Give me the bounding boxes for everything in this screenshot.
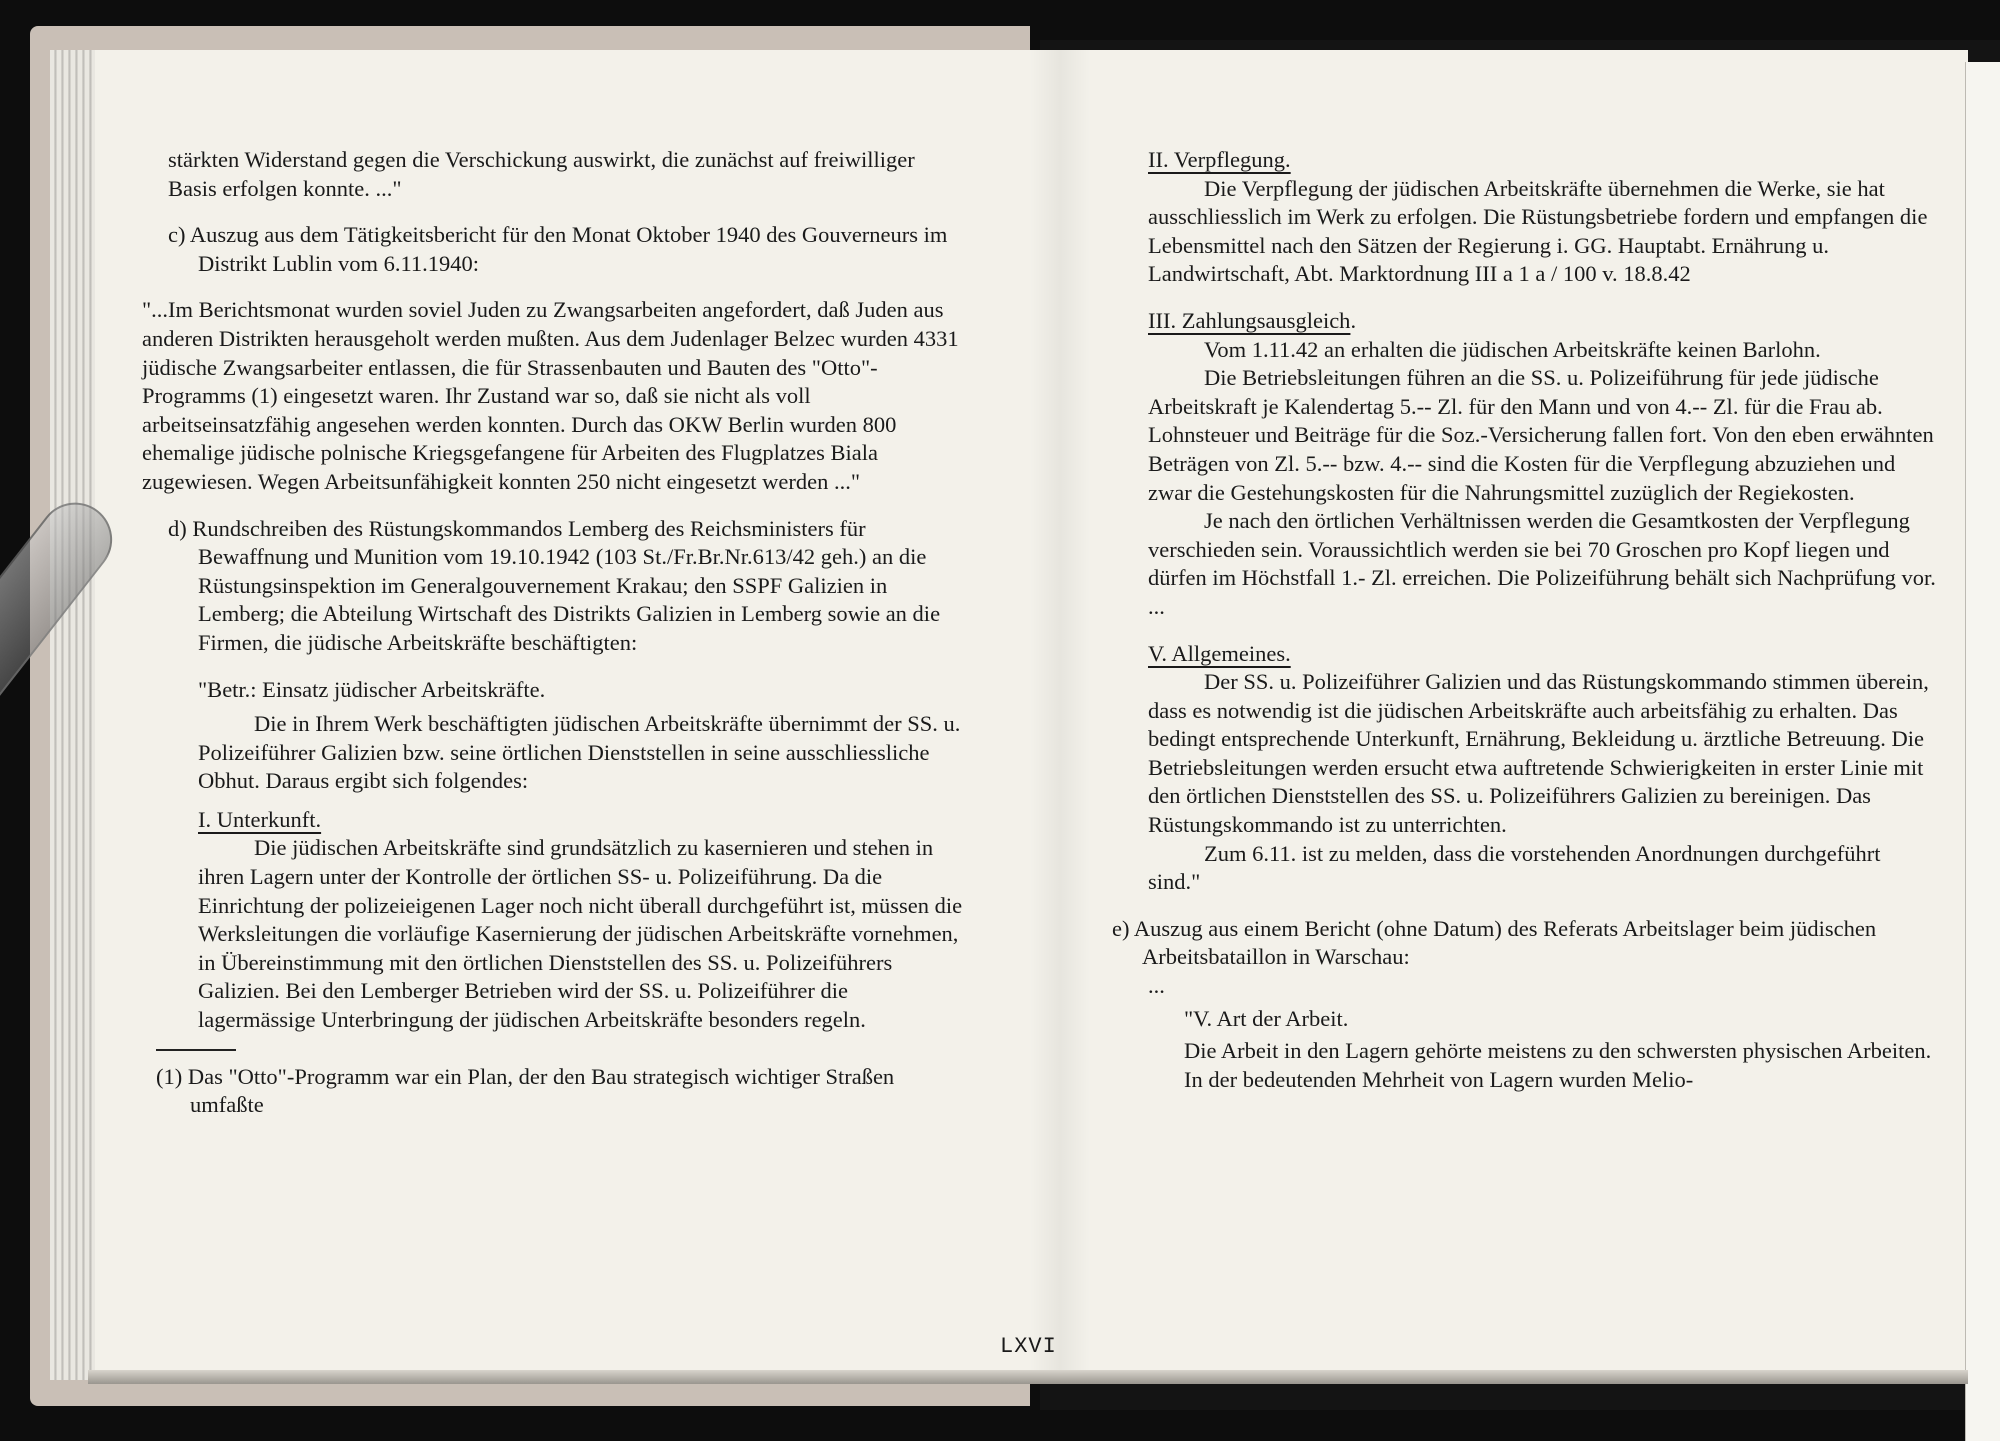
item-e: e) Auszug aus einem Bericht (ohne Datum)… bbox=[1112, 915, 1938, 972]
quote-e-text: Die Arbeit in den Lagern gehörte meisten… bbox=[1184, 1037, 1938, 1094]
item-d: d) Rundschreiben des Rüstungskommandos L… bbox=[168, 515, 968, 658]
item-d-text: Rundschreiben des Rüstungskommandos Lemb… bbox=[192, 516, 940, 655]
item-c-text: Auszug aus dem Tätigkeitsbericht für den… bbox=[190, 222, 948, 276]
footnote-text: Das "Otto"-Programm war ein Plan, der de… bbox=[188, 1064, 894, 1118]
footnote-marker: (1) bbox=[156, 1064, 182, 1089]
allgemeines-para-2: Zum 6.11. ist zu melden, dass die vorste… bbox=[1148, 840, 1938, 897]
zahlungsausgleich-para-3: Je nach den örtlichen Verhältnissen werd… bbox=[1148, 507, 1938, 593]
quote-c: "...Im Berichtsmonat wurden soviel Juden… bbox=[134, 296, 968, 496]
section-heading-verpflegung: II. Verpflegung. bbox=[1148, 146, 1938, 175]
section-heading-zahlungsausgleich: III. Zahlungsausgleich bbox=[1148, 308, 1350, 333]
item-c: c) Auszug aus dem Tätigkeitsbericht für … bbox=[168, 221, 968, 278]
footnote: (1) Das "Otto"-Programm war ein Plan, de… bbox=[156, 1063, 968, 1120]
section-heading-unterkunft: I. Unterkunft. bbox=[198, 806, 968, 835]
right-page: II. Verpflegung. Die Verpflegung der jüd… bbox=[1148, 146, 1938, 1094]
item-e-text: Auszug aus einem Bericht (ohne Datum) de… bbox=[1134, 916, 1876, 970]
footnote-rule bbox=[156, 1049, 236, 1051]
intro-paragraph: Die in Ihrem Werk beschäftigten jüdische… bbox=[198, 710, 968, 796]
ellipsis: ... bbox=[1148, 972, 1938, 1001]
item-c-label: c) bbox=[168, 222, 185, 247]
section-text-unterkunft: Die jüdischen Arbeitskräfte sind grundsä… bbox=[198, 834, 968, 1034]
heading-period: . bbox=[1350, 308, 1356, 333]
continuation-text: stärkten Widerstand gegen die Verschicku… bbox=[168, 146, 968, 203]
section-text-verpflegung: Die Verpflegung der jüdischen Arbeitskrä… bbox=[1148, 175, 1938, 289]
book-gutter bbox=[1030, 50, 1090, 1380]
item-e-label: e) bbox=[1112, 916, 1129, 941]
subject-line: "Betr.: Einsatz jüdischer Arbeitskräfte. bbox=[198, 676, 968, 705]
left-page: stärkten Widerstand gegen die Verschicku… bbox=[168, 146, 968, 1120]
right-page-edge bbox=[1965, 62, 2000, 1441]
bottom-page-edge bbox=[88, 1370, 1968, 1384]
section-heading-allgemeines: V. Allgemeines. bbox=[1148, 640, 1938, 669]
page-stack-edge bbox=[50, 50, 95, 1380]
item-d-label: d) bbox=[168, 516, 187, 541]
page-number: LXVI bbox=[1000, 1334, 1057, 1359]
allgemeines-para-1: Der SS. u. Polizeiführer Galizien und da… bbox=[1148, 668, 1938, 840]
zahlungsausgleich-para-2: Die Betriebsleitungen führen an die SS. … bbox=[1148, 364, 1938, 507]
section-heading-zahlungsausgleich-line: III. Zahlungsausgleich. bbox=[1148, 307, 1938, 336]
ellipsis: ... bbox=[1148, 593, 1938, 622]
quote-e-heading: "V. Art der Arbeit. bbox=[1184, 1005, 1938, 1034]
zahlungsausgleich-para-1: Vom 1.11.42 an erhalten die jüdischen Ar… bbox=[1148, 336, 1938, 365]
